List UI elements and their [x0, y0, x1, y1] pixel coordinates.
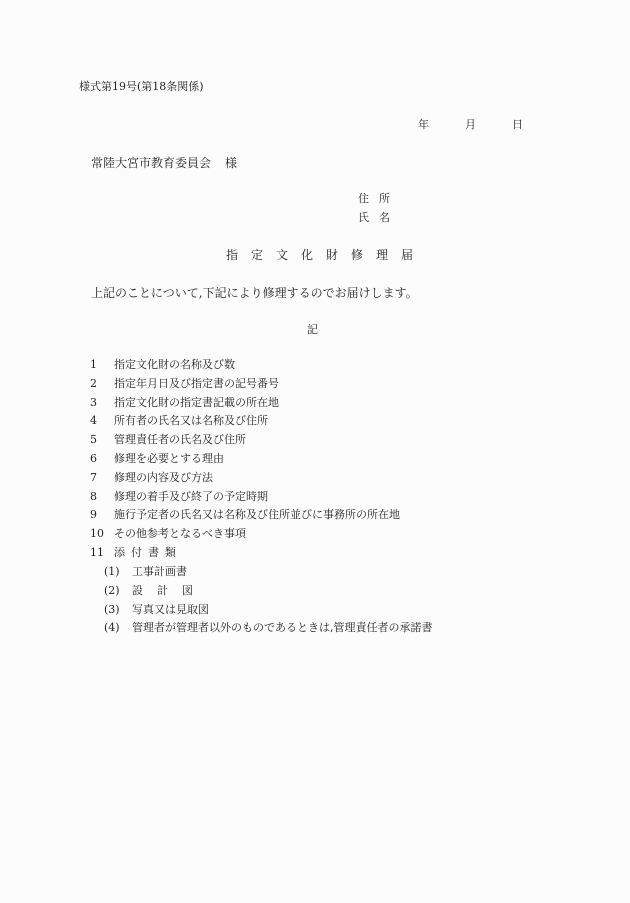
- attachment-text: 設計図: [132, 585, 207, 604]
- attachment-item: (4)管理者が管理者以外のものであるときは,管理責任者の承諾書: [104, 622, 433, 641]
- attachment-text: 工事計画書: [132, 566, 187, 585]
- item-number: 7: [90, 472, 114, 491]
- list-item: 1指定文化財の名称及び数: [90, 359, 400, 378]
- list-item: 5管理責任者の氏名及び住所: [90, 434, 400, 453]
- date-month-label: 月: [465, 119, 476, 130]
- item-number: 4: [90, 415, 114, 434]
- item-text: 添付書類: [114, 547, 182, 566]
- attachment-number: (3): [104, 604, 132, 623]
- item-number: 10: [90, 528, 114, 547]
- ki-heading: 記: [307, 324, 318, 335]
- list-item: 8修理の着手及び終了の予定時期: [90, 491, 400, 510]
- attachment-item: (2)設計図: [104, 585, 433, 604]
- attachment-number: (4): [104, 622, 132, 641]
- item-text: 施行予定者の氏名又は名称及び住所並びに事務所の所在地: [114, 509, 400, 528]
- date-year-label: 年: [418, 119, 429, 130]
- list-item: 4所有者の氏名又は名称及び住所: [90, 415, 400, 434]
- item-list: 1指定文化財の名称及び数 2指定年月日及び指定書の記号番号 3指定文化財の指定書…: [90, 359, 400, 566]
- list-item: 10その他参考となるべき事項: [90, 528, 400, 547]
- list-item: 2指定年月日及び指定書の記号番号: [90, 378, 400, 397]
- attachment-item: (3)写真又は見取図: [104, 604, 433, 623]
- attachment-number: (2): [104, 585, 132, 604]
- list-item: 11添付書類: [90, 547, 400, 566]
- item-text: 指定年月日及び指定書の記号番号: [114, 378, 279, 397]
- item-text: 指定文化財の指定書記載の所在地: [114, 397, 279, 416]
- item-text: 管理責任者の氏名及び住所: [114, 434, 246, 453]
- item-text: 修理の着手及び終了の予定時期: [114, 491, 268, 510]
- attachment-item: (1)工事計画書: [104, 566, 433, 585]
- item-number: 11: [90, 547, 114, 566]
- list-item: 6修理を必要とする理由: [90, 453, 400, 472]
- item-number: 1: [90, 359, 114, 378]
- list-item: 9施行予定者の氏名又は名称及び住所並びに事務所の所在地: [90, 509, 400, 528]
- name-label: 氏名: [358, 212, 400, 223]
- item-text: 修理の内容及び方法: [114, 472, 213, 491]
- item-text: 修理を必要とする理由: [114, 453, 224, 472]
- document-title: 指定文化財修理届: [226, 249, 426, 261]
- recipient-name: 常陸大宮市教育委員会: [91, 156, 211, 170]
- item-number: 8: [90, 491, 114, 510]
- recipient: 常陸大宮市教育委員会様: [91, 157, 237, 169]
- date-day-label: 日: [512, 119, 523, 130]
- recipient-honorific: 様: [225, 156, 237, 170]
- form-number: 様式第19号(第18条関係): [79, 81, 204, 92]
- item-number: 9: [90, 509, 114, 528]
- item-number: 5: [90, 434, 114, 453]
- item-number: 2: [90, 378, 114, 397]
- address-label: 住所: [358, 193, 400, 204]
- item-text: その他参考となるべき事項: [114, 528, 246, 547]
- attachment-text: 管理者が管理者以外のものであるときは,管理責任者の承諾書: [132, 622, 433, 641]
- item-text: 所有者の氏名又は名称及び住所: [114, 415, 268, 434]
- list-item: 7修理の内容及び方法: [90, 472, 400, 491]
- attachment-text: 写真又は見取図: [132, 604, 209, 623]
- list-item: 3指定文化財の指定書記載の所在地: [90, 397, 400, 416]
- attachment-list: (1)工事計画書 (2)設計図 (3)写真又は見取図 (4)管理者が管理者以外の…: [104, 566, 433, 641]
- item-text: 指定文化財の名称及び数: [114, 359, 235, 378]
- intro-text: 上記のことについて,下記により修理するのでお届けします。: [91, 287, 418, 299]
- item-number: 6: [90, 453, 114, 472]
- item-number: 3: [90, 397, 114, 416]
- attachment-number: (1): [104, 566, 132, 585]
